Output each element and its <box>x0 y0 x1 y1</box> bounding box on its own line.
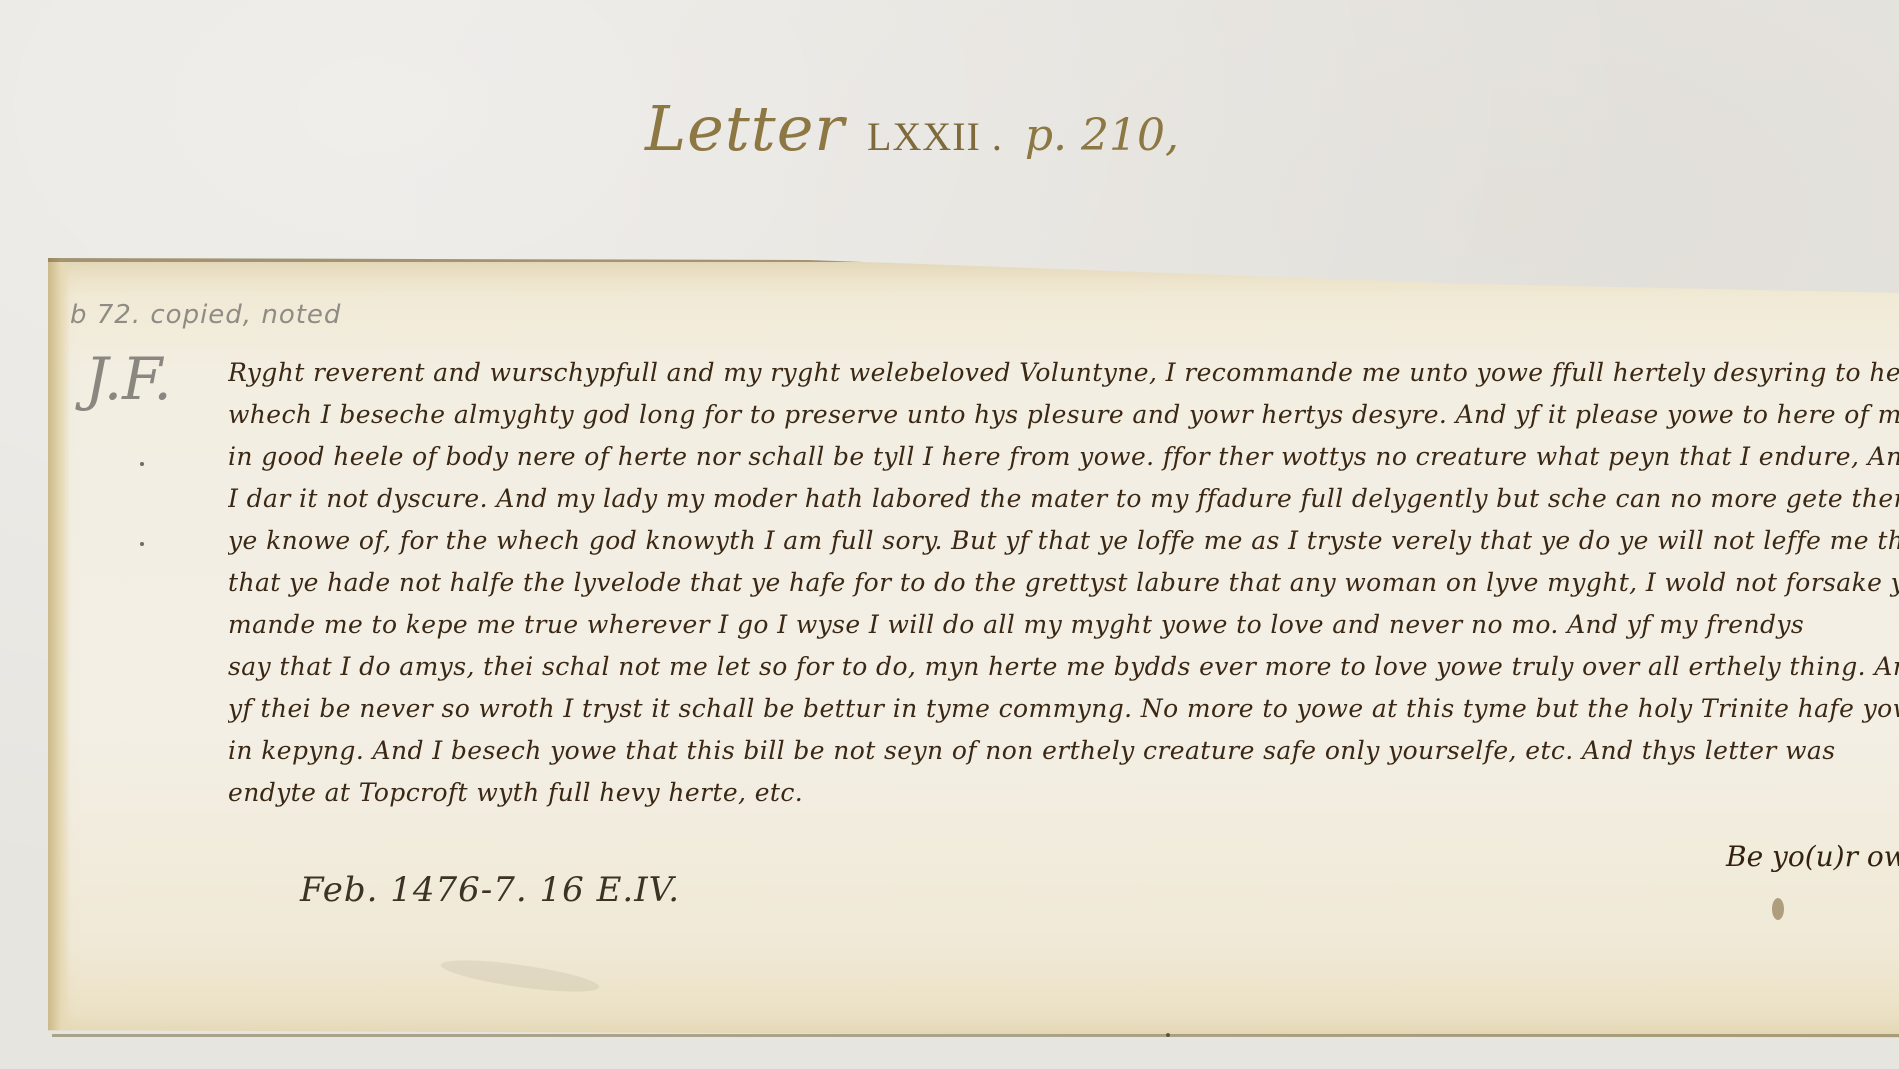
letter-line: yf thei be never so wroth I tryst it sch… <box>228 688 1899 730</box>
letter-line: in good heele of body nere of herte nor … <box>228 436 1899 478</box>
margin-initials: J.F. <box>85 345 172 413</box>
title-script: Letter <box>645 92 845 165</box>
letter-line: that ye hade not halfe the lyvelode that… <box>228 562 1899 604</box>
archive-mount: Letter LXXII . p. 210, b 72. copied, not… <box>0 0 1899 1069</box>
letter-line: ye knowe of, for the whech god knowyth I… <box>228 520 1899 562</box>
ink-speck <box>140 462 144 466</box>
paper-bottom-edge <box>52 1034 1899 1037</box>
ink-speck <box>140 542 144 546</box>
date-annotation: Feb. 1476-7. 16 E.IV. <box>300 870 680 910</box>
letter-line: I dar it not dyscure. And my lady my mod… <box>228 478 1899 520</box>
letter-line: in kepyng. And I besech yowe that this b… <box>228 730 1899 772</box>
ink-speck <box>1166 1033 1170 1037</box>
title-numeral: LXXII . <box>867 113 1003 160</box>
signature: Be yo(u)r own... <box>1726 840 1899 873</box>
pencil-margin-note: b 72. copied, noted <box>70 300 341 330</box>
letter-line: Ryght reverent and wurschypfull and my r… <box>228 352 1899 394</box>
letter-line: say that I do amys, thei schal not me le… <box>228 646 1899 688</box>
letter-line: mande me to kepe me true wherever I go I… <box>228 604 1899 646</box>
letter-body: Ryght reverent and wurschypfull and my r… <box>228 352 1899 814</box>
letter-line: endyte at Topcroft wyth full hevy herte,… <box>228 772 1899 814</box>
title-page-reference: p. 210, <box>1025 110 1179 161</box>
mount-title: Letter LXXII . p. 210, <box>645 92 1179 182</box>
ink-blot <box>1772 898 1784 920</box>
letter-line: whech I beseche almyghty god long for to… <box>228 394 1899 436</box>
